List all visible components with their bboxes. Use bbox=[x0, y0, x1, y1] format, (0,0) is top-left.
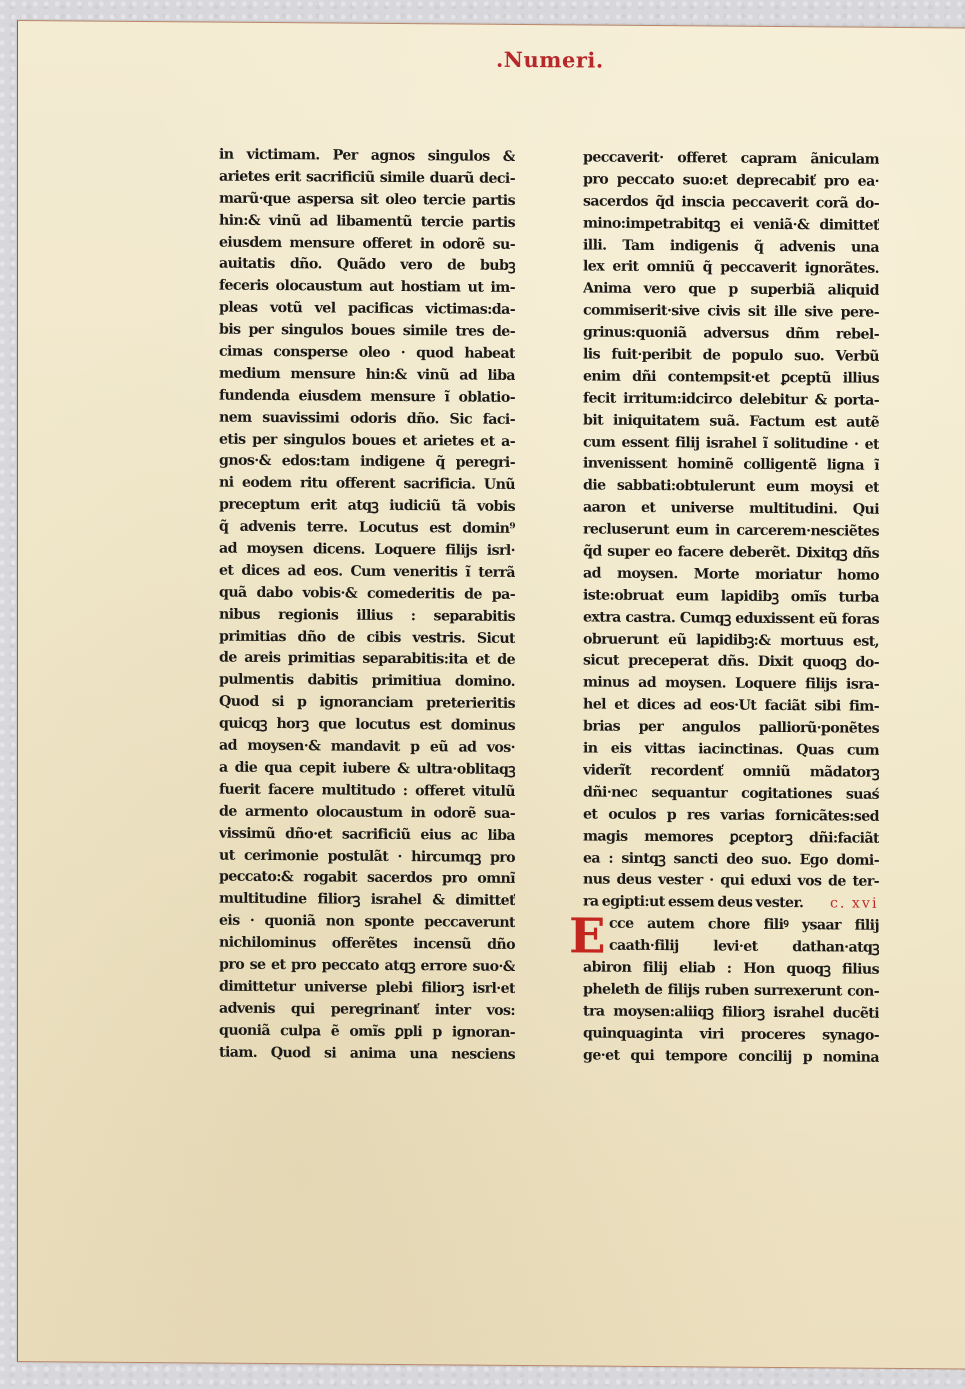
text-line: multitudine filiorꝫ israhel & dimitteť bbox=[219, 889, 515, 913]
text-line: invenissent hominẽ colligentẽ ligna ĩ bbox=[583, 454, 879, 478]
text-line: ad moysen·& mandavit p eũ ad vos· bbox=[219, 736, 515, 760]
text-line: ge·et qui tempore concilij p nomina bbox=[583, 1045, 879, 1069]
text-line: abiron filij eliab : Hon quoqꝫ filius bbox=[583, 957, 879, 981]
text-line: quoniã culpa ẽ omĩs ꝑpli p ignoran- bbox=[219, 1020, 515, 1044]
text-line: fuerit facere multitudo : offeret vitulũ bbox=[219, 779, 515, 803]
text-line: quicqꝫ horꝫ que locutus est dominus bbox=[219, 714, 515, 738]
text-line: fecit irritum:idcirco delebitur & porta- bbox=[583, 388, 879, 412]
text-line: magis memores ꝑceptorꝫ dñi:faciãt bbox=[583, 826, 879, 850]
text-line: in eis vittas iacinctinas. Quas cum bbox=[583, 738, 879, 762]
text-line: ad moysen dicens. Loquere filijs isrl· bbox=[219, 539, 515, 563]
text-line: quinquaginta viri proceres synago- bbox=[583, 1023, 879, 1047]
text-line: illi. Tam indigenis q̃ advenis una bbox=[583, 235, 879, 259]
text-line: feceris olocaustum aut hostiam ut im- bbox=[219, 276, 515, 300]
text-line: in victimam. Per agnos singulos & bbox=[219, 145, 515, 169]
text-line: cimas consperse oleo · quod habeat bbox=[219, 342, 515, 366]
parchment-page: .Numeri. in victimam. Per agnos singulos… bbox=[17, 20, 965, 1369]
text-line: cce autem chore filiꝰ ysaar filijE bbox=[583, 914, 879, 938]
text-line: pleas votũ vel pacificas victimas:da- bbox=[219, 298, 515, 322]
right-text-column: peccaverit· offeret capram ãniculampro p… bbox=[583, 147, 879, 1069]
text-line: ni eodem ritu offerent sacrificia. Unũ bbox=[219, 473, 515, 497]
text-line: primitias dño de cibis vestris. Sicut bbox=[219, 626, 515, 650]
text-line: et oculos p res varias fornicãtes:sed bbox=[583, 804, 879, 828]
left-text-column: in victimam. Per agnos singulos &arietes… bbox=[219, 145, 515, 1067]
running-head: .Numeri. bbox=[496, 47, 604, 73]
text-line: obruerunt eũ lapidibꝫ:& mortuus est, bbox=[583, 629, 879, 653]
text-line: fundenda eiusdem mensure ĩ oblatio- bbox=[219, 385, 515, 409]
text-line: nibus regionis illius : separabitis bbox=[219, 604, 515, 628]
text-line: brias per angulos palliorũ·ponẽtes bbox=[583, 717, 879, 741]
text-line: die sabbati:obtulerunt eum moysi et bbox=[583, 476, 879, 500]
text-line: eiusdem mensure offeret in odorẽ su- bbox=[219, 232, 515, 256]
text-line: lis fuit·peribit de populo suo. Verbũ bbox=[583, 344, 879, 368]
text-line: recluserunt eum in carcerem·nesciẽtes bbox=[583, 520, 879, 544]
text-line: commiserit·sive civis sit ille sive pere… bbox=[583, 301, 879, 325]
text-line: bis per singulos boues simile tres de- bbox=[219, 320, 515, 344]
text-line: nus deus vester · qui eduxi vos de ter- bbox=[583, 870, 879, 894]
text-line: nem suavissimi odoris dño. Sic faci- bbox=[219, 407, 515, 431]
text-line: dimittetur universe plebi filiorꝫ isrl·e… bbox=[219, 976, 515, 1000]
text-line: caath·filij levi·et dathan·atqꝫ bbox=[583, 936, 879, 960]
text-line: quã dabo vobis·& comederitis de pa- bbox=[219, 582, 515, 606]
text-line: etis per singulos boues et arietes et a- bbox=[219, 429, 515, 453]
text-line: mino:impetrabitqꝫ ei veniã·& dimitteť bbox=[583, 213, 879, 237]
text-line: ra egipti:ut essem deus vester.c. xvi. bbox=[583, 892, 879, 916]
chapter-marker: c. xvi. bbox=[830, 894, 879, 916]
text-line: grinus:quoniã adversus dñm rebel- bbox=[583, 323, 879, 347]
text-line: Anima vero que p superbiã aliquid bbox=[583, 279, 879, 303]
text-line: viderĩt recordenť omniũ mãdatorꝫ bbox=[583, 760, 879, 784]
text-line: hel et dices ad eos·Ut faciãt sibi fim- bbox=[583, 695, 879, 719]
text-line: medium mensure hin:& vinũ ad liba bbox=[219, 363, 515, 387]
text-line: q̃ advenis terre. Locutus est domin⁹ bbox=[219, 517, 515, 541]
text-line: minus ad moysen. Loquere filijs isra- bbox=[583, 673, 879, 697]
text-line: dñi·nec sequantur cogitationes suaś bbox=[583, 782, 879, 806]
text-line: pulmentis dabitis primitiua domino. bbox=[219, 670, 515, 694]
text-line: bit iniquitatem suã. Factum est autẽ bbox=[583, 410, 879, 434]
text-line: pro se et pro peccato atqꝫ errore suo·& bbox=[219, 955, 515, 979]
text-line: ut cerimonie postulãt · hircumqꝫ pro bbox=[219, 845, 515, 869]
text-line: et dices ad eos. Cum veneritis ĩ terrã bbox=[219, 561, 515, 585]
text-line: marũ·que aspersa sit oleo tercie partis bbox=[219, 188, 515, 212]
text-line: enim dñi contempsit·et ꝑceptũ illius bbox=[583, 366, 879, 390]
text-line: tra moysen:aliiqꝫ filiorꝫ israhel ducẽti bbox=[583, 1001, 879, 1025]
text-line: sicut preceperat dñs. Dixit quoqꝫ do- bbox=[583, 651, 879, 675]
text-line: preceptum erit atqꝫ iudiciũ tã vobis bbox=[219, 495, 515, 519]
text-line: pheleth de filijs ruben surrexerunt con- bbox=[583, 979, 879, 1003]
text-line: de areis primitias separabitis:ita et de bbox=[219, 648, 515, 672]
text-line: lex erit omniũ q̃ peccaverit ignorãtes. bbox=[583, 257, 879, 281]
text-line: advenis qui peregrinanť inter vos: bbox=[219, 998, 515, 1022]
text-line: peccaverit· offeret capram ãniculam bbox=[583, 147, 879, 171]
text-line: sacerdos q̃d inscia peccaverit corã do- bbox=[583, 191, 879, 215]
illuminated-drop-cap: E bbox=[569, 913, 603, 961]
text-line: auitatis dño. Quãdo vero de bubꝫ bbox=[219, 254, 515, 278]
text-line: gnos·& edos:tam indigene q̃ peregri- bbox=[219, 451, 515, 475]
text-line: extra castra. Cumqꝫ eduxissent eũ foras bbox=[583, 607, 879, 631]
text-line: eis · quoniã non sponte peccaverunt bbox=[219, 911, 515, 935]
text-line: peccato:& rogabit sacerdos pro omnĩ bbox=[219, 867, 515, 891]
text-line: de armento olocaustum in odorẽ sua- bbox=[219, 801, 515, 825]
text-line: pro peccato suo:et deprecabiť pro ea· bbox=[583, 169, 879, 193]
text-line: nichilominus offerẽtes incensũ dño bbox=[219, 933, 515, 957]
text-line: ad moysen. Morte moriatur homo bbox=[583, 563, 879, 587]
text-line: arietes erit sacrificiũ simile duarũ dec… bbox=[219, 166, 515, 190]
text-line: q̃d super eo facere deberẽt. Dixitqꝫ dñs bbox=[583, 541, 879, 565]
text-line: a die qua cepit iubere & ultra·oblitaqꝫ bbox=[219, 758, 515, 782]
text-line: Quod si p ignoranciam preterieritis bbox=[219, 692, 515, 716]
text-line: cum essent filij israhel ĩ solitudine · … bbox=[583, 432, 879, 456]
text-line: aaron et universe multitudini. Qui bbox=[583, 498, 879, 522]
text-line: ea : sintqꝫ sancti deo suo. Ego domi- bbox=[583, 848, 879, 872]
text-line: vissimũ dño·et sacrificiũ eius ac liba bbox=[219, 823, 515, 847]
text-line: iste:obruat eum lapidibꝫ omĩs turba bbox=[583, 585, 879, 609]
text-line: tiam. Quod si anima una nesciens bbox=[219, 1042, 515, 1066]
text-line: hin:& vinũ ad libamentũ tercie partis bbox=[219, 210, 515, 234]
